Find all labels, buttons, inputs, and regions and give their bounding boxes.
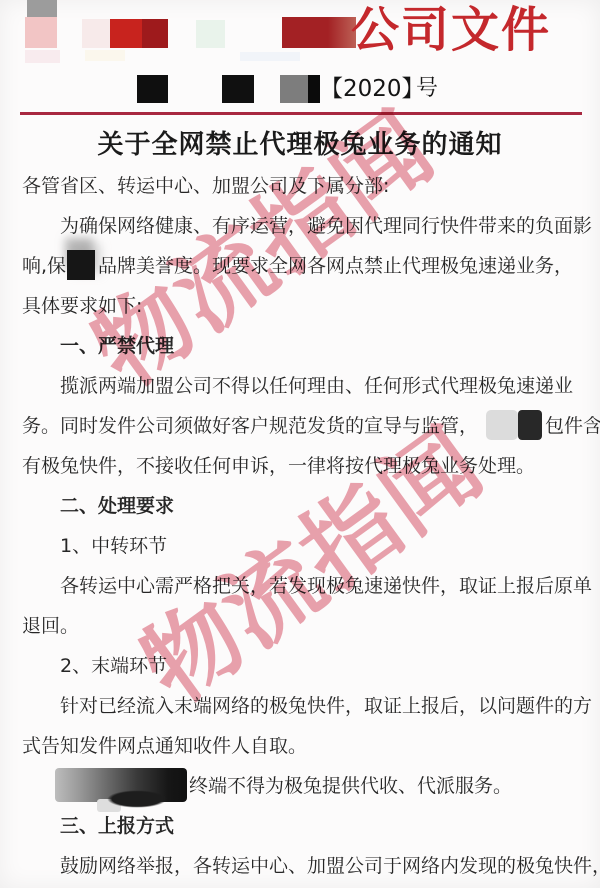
text-line: 针对已经流入末端网络的极兔快件，取证上报后，以问题件的方 xyxy=(60,686,592,726)
text-line: 具体要求如下: xyxy=(22,286,592,326)
text-run: 鼓励网络举报，各转运中心、加盟公司于网络内发现的极兔快件， xyxy=(60,855,600,877)
doc-number-suffix: 号 xyxy=(416,74,438,104)
text-run: 包件含 xyxy=(545,415,600,437)
redacted-logo-block-pink xyxy=(25,17,57,48)
text-line: 有极兔快件，不接收任何申诉，一律将按代理极兔业务处理。 xyxy=(22,446,592,486)
text-run: 针对已经流入末端网络的极兔快件，取证上报后，以问题件的方 xyxy=(60,695,592,717)
redacted-logo-block-gray xyxy=(27,0,57,17)
text-line: 揽派两端加盟公司不得以任何理由、任何形式代理极兔速递业 xyxy=(60,366,592,406)
text-run: 各管省区、转运中心、加盟公司及下属分部: xyxy=(22,175,389,197)
section-heading-2: 二、处理要求 xyxy=(60,486,592,526)
text-run: 终端不得为极兔提供代收、代派服务。 xyxy=(189,775,512,797)
redaction-block xyxy=(486,410,518,440)
document-body: 各管省区、转运中心、加盟公司及下属分部:为确保网络健康、有序运营，避免因代理同行… xyxy=(22,166,592,886)
text-run: 一、严禁代理 xyxy=(60,335,174,357)
redacted-logo-block-palegreen xyxy=(196,20,225,48)
scan-tint-artifact xyxy=(25,50,60,63)
scanned-document-page: 物流指闻 物流指闻 公司文件 【2020】 号 关于全网禁止代理极兔业务的通知 … xyxy=(0,0,600,888)
redacted-orgname-block-darkred xyxy=(282,17,356,48)
text-line: 鼓励网络举报，各转运中心、加盟公司于网络内发现的极兔快件， xyxy=(60,846,592,886)
sub-heading: 2、末端环节 xyxy=(60,646,592,686)
text-run: 品牌美誉度。现要求全网各网点禁止代理极兔速递业务， xyxy=(98,255,573,277)
text-run: 具体要求如下: xyxy=(22,295,142,317)
text-run: 式告知发件网点通知收件人自取。 xyxy=(22,735,307,757)
redaction-block xyxy=(55,768,187,802)
redacted-docno-block-gray xyxy=(280,75,309,103)
text-run: 揽派两端加盟公司不得以任何理由、任何形式代理极兔速递业 xyxy=(60,375,573,397)
letterhead: 公司文件 【2020】 号 xyxy=(0,0,600,122)
salutation-line: 各管省区、转运中心、加盟公司及下属分部: xyxy=(22,166,592,206)
text-line: 为确保网络健康、有序运营，避免因代理同行快件带来的负面影 xyxy=(60,206,592,246)
text-run: 退回。 xyxy=(22,615,79,637)
scan-tint-artifact xyxy=(85,50,125,61)
text-run: 1、中转环节 xyxy=(60,535,167,557)
text-line: 响,保品牌美誉度。现要求全网各网点禁止代理极兔速递业务， xyxy=(22,246,592,286)
text-line: 式告知发件网点通知收件人自取。 xyxy=(22,726,592,766)
text-run: 务。同时发件公司须做好客户规范发货的宣导与监管， xyxy=(22,415,478,437)
redacted-logo-block-palepink xyxy=(82,19,110,48)
redacted-docno-block xyxy=(137,75,168,103)
text-run: 2、末端环节 xyxy=(60,655,167,677)
letterhead-org-title: 公司文件 xyxy=(351,4,551,56)
text-line: 务。同时发件公司须做好客户规范发货的宣导与监管，包件含 xyxy=(22,406,592,446)
text-run: 有极兔快件，不接收任何申诉，一律将按代理极兔业务处理。 xyxy=(22,455,535,477)
text-line: 各转运中心需严格把关，若发现极兔速递快件，取证上报后原单 xyxy=(60,566,592,606)
redacted-logo-block-red xyxy=(110,19,168,48)
scan-tint-artifact xyxy=(240,52,300,61)
red-divider-line xyxy=(20,112,582,115)
doc-number-year: 【2020】 xyxy=(320,74,425,104)
redacted-docno-block xyxy=(222,75,254,103)
text-line: 终端不得为极兔提供代收、代派服务。 xyxy=(55,766,592,806)
text-run: 各转运中心需严格把关，若发现极兔速递快件，取证上报后原单 xyxy=(60,575,592,597)
section-heading-1: 一、严禁代理 xyxy=(60,326,592,366)
redaction-block xyxy=(518,410,542,440)
text-run: 三、上报方式 xyxy=(60,815,174,837)
section-heading-3: 三、上报方式 xyxy=(60,806,592,846)
text-run: 二、处理要求 xyxy=(60,495,174,517)
sub-heading: 1、中转环节 xyxy=(60,526,592,566)
redacted-docno-block xyxy=(308,75,320,103)
text-run: 响,保 xyxy=(22,255,66,277)
text-run: 为确保网络健康、有序运营，避免因代理同行快件带来的负面影 xyxy=(60,215,592,237)
text-line: 退回。 xyxy=(22,606,592,646)
document-title: 关于全网禁止代理极兔业务的通知 xyxy=(0,124,600,161)
redaction-block xyxy=(67,250,95,280)
